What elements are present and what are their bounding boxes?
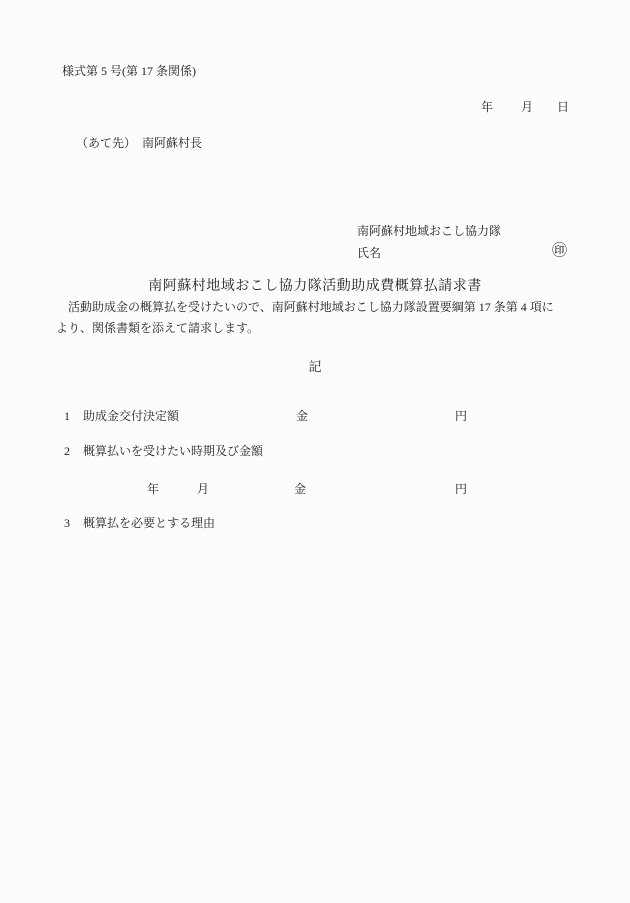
body-line-1: 活動助成金の概算払を受けたいので、南阿蘇村地域おこし協力隊設置要綱第 17 条第… xyxy=(68,300,554,315)
item-1-label: 助成金交付決定額 xyxy=(83,409,179,424)
date-day-label: 日 xyxy=(557,100,569,115)
document-title: 南阿蘇村地域おこし協力隊活動助成費概算払請求書 xyxy=(0,275,630,295)
date-year-label: 年 xyxy=(481,100,493,115)
record-heading: 記 xyxy=(0,356,630,375)
item-1-number: 1 xyxy=(64,409,70,424)
addressee: （あて先） 南阿蘇村長 xyxy=(76,136,202,151)
item-2-month-label: 月 xyxy=(197,482,209,497)
item-3-label: 概算払を必要とする理由 xyxy=(83,516,215,531)
item-1-currency-suffix: 円 xyxy=(455,409,467,424)
item-2-number: 2 xyxy=(64,444,70,459)
body-line-2: より、関係書類を添えて請求します。 xyxy=(56,321,259,336)
item-2-currency-prefix: 金 xyxy=(294,482,306,497)
document-page: 様式第 5 号(第 17 条関係) 年 月 日 （あて先） 南阿蘇村長 南阿蘇村… xyxy=(0,0,630,903)
item-2-year-label: 年 xyxy=(147,482,159,497)
item-3-number: 3 xyxy=(64,516,70,531)
item-1-currency-prefix: 金 xyxy=(296,409,308,424)
date-month-label: 月 xyxy=(521,100,533,115)
item-2-label: 概算払いを受けたい時期及び金額 xyxy=(83,444,263,459)
item-2-currency-suffix: 円 xyxy=(455,482,467,497)
sender-organization: 南阿蘇村地域おこし協力隊 xyxy=(357,224,501,239)
form-number: 様式第 5 号(第 17 条関係) xyxy=(62,64,196,79)
sender-name-label: 氏名 xyxy=(357,246,381,261)
seal-mark-icon: ㊞ xyxy=(552,244,567,259)
